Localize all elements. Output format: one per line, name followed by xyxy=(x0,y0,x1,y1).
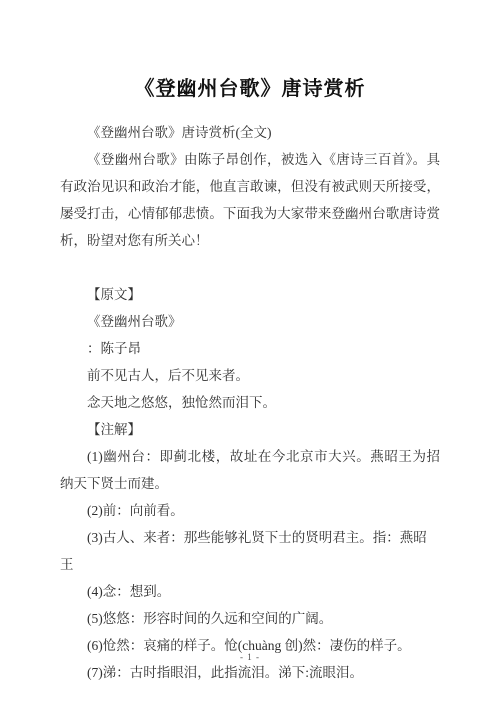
note-item: (4)念：想到。 xyxy=(60,578,440,605)
notes-section-label: 【注解】 xyxy=(60,416,440,443)
page-number: - 1 - xyxy=(0,650,500,664)
page-title: 《登幽州台歌》唐诗赏析 xyxy=(60,0,440,104)
document-page: 《登幽州台歌》唐诗赏析 《登幽州台歌》唐诗赏析(全文) 《登幽州台歌》由陈子昂创… xyxy=(0,0,500,707)
poem-title: 《登幽州台歌》 xyxy=(60,308,440,335)
poem-verse-line: 念天地之悠悠，独怆然而泪下。 xyxy=(60,389,440,416)
note-item: (2)前：向前看。 xyxy=(60,497,440,524)
poem-author-line: ：陈子昂 xyxy=(60,335,440,362)
poem-verse-line: 前不见古人，后不见来者。 xyxy=(60,362,440,389)
original-section-label: 【原文】 xyxy=(60,281,440,308)
note-item: (1)幽州台：即蓟北楼，故址在今北京市大兴。燕昭王为招纳天下贤士而建。 xyxy=(60,443,440,497)
subtitle-line: 《登幽州台歌》唐诗赏析(全文) xyxy=(60,119,440,146)
document-body: 《登幽州台歌》唐诗赏析(全文) 《登幽州台歌》由陈子昂创作，被选入《唐诗三百首》… xyxy=(60,119,440,686)
intro-paragraph: 《登幽州台歌》由陈子昂创作，被选入《唐诗三百首》。具有政治见识和政治才能，他直言… xyxy=(60,146,440,254)
note-item: (5)悠悠：形容时间的久远和空间的广阔。 xyxy=(60,605,440,632)
note-item: (3)古人、来者：那些能够礼贤下士的贤明君主。指：燕昭王 xyxy=(60,524,440,578)
